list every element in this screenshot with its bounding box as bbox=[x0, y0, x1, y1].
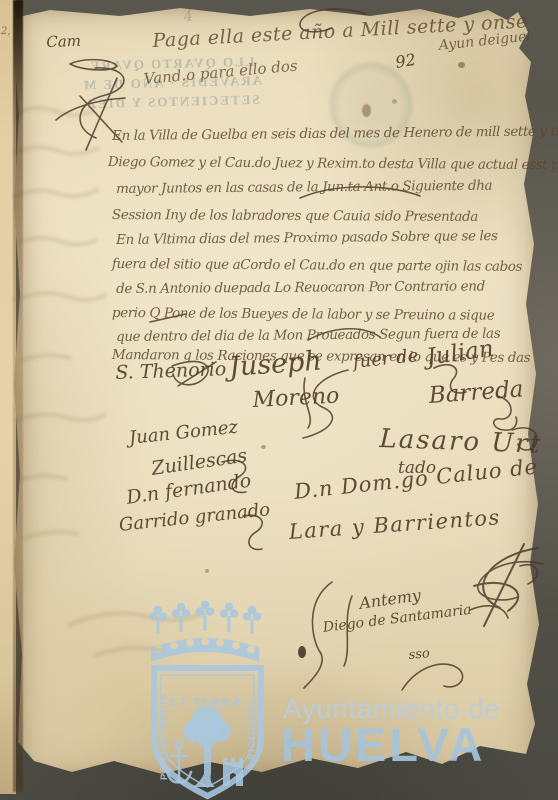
folio-number: 92 bbox=[394, 50, 417, 72]
signature: S. Thenorio bbox=[115, 358, 227, 384]
manuscript-line: de S.n Antonio duepada Lo Reuocaron Por … bbox=[116, 278, 485, 297]
facing-page-edge bbox=[0, 0, 16, 794]
manuscript-line: fuera del sitio que aCordo el Cau.do en … bbox=[112, 256, 522, 275]
huelva-coat-of-arms: ET TERRÆ PORTUS MARIS CUSTODIA bbox=[145, 598, 270, 800]
shield-motto-left: PORTUS MARIS bbox=[159, 693, 170, 780]
manuscript-line: mayor Juntos en las casas de la Jun.ta A… bbox=[116, 178, 492, 197]
signature: Juseph bbox=[228, 346, 323, 383]
manuscript-line: Diego Gomez y el Cau.do Juez y Rexim.to … bbox=[108, 154, 558, 173]
signature: Moreno bbox=[252, 383, 340, 413]
scribe-line: sso bbox=[408, 646, 430, 663]
stain-spot bbox=[362, 104, 371, 117]
watermark-brand-name: HUELVA bbox=[281, 717, 485, 772]
crown-icon bbox=[149, 601, 262, 662]
manuscript-line: Session Iny de los labradores que Cauia … bbox=[112, 207, 478, 225]
gutter-mark: 2, bbox=[1, 26, 11, 37]
shield-motto-right: CUSTODIA bbox=[245, 702, 256, 761]
stain-spot bbox=[458, 62, 465, 68]
stain-spot bbox=[205, 569, 209, 573]
stain-spot bbox=[392, 99, 397, 104]
archive-mark-cam: Cam bbox=[46, 32, 81, 51]
stain-spot bbox=[261, 445, 266, 449]
scanned-manuscript-view: LLO QVARTO QVARE ARAVEDIS · AÑO DE M SET… bbox=[0, 0, 558, 800]
signature: Lasaro Urt bbox=[379, 424, 543, 460]
manuscript-line: perio Q Pone de los Bueyes de la labor y… bbox=[112, 305, 495, 324]
pencil-mark: 4 bbox=[182, 6, 195, 25]
